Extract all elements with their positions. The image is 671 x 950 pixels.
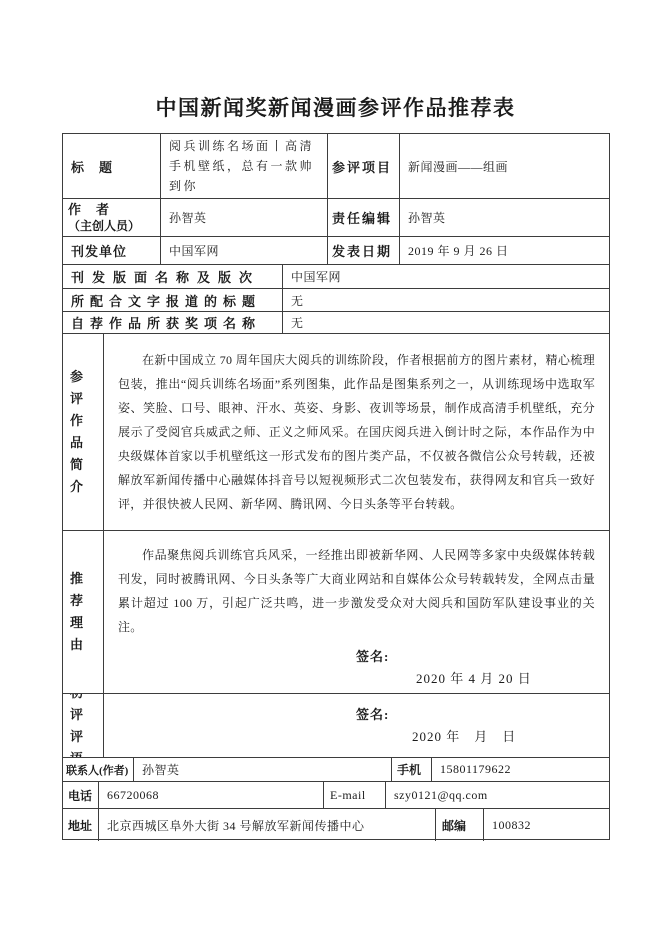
table-row-page-name: 刊发版面名称及版次 中国军网 bbox=[63, 265, 609, 289]
table-row-initial-review: 初评 评语 签名: 2020 年 月 日 bbox=[63, 694, 609, 758]
postcode-label: 邮编 bbox=[436, 809, 484, 841]
phone-value: 66720068 bbox=[99, 782, 324, 808]
contact-value: 孙智英 bbox=[134, 758, 392, 781]
table-row-publisher: 刊发单位 中国军网 发表日期 2019 年 9 月 26 日 bbox=[63, 237, 609, 265]
initial-review-sign-label: 签名: bbox=[356, 704, 609, 723]
entry-category-value: 新闻漫画——组画 bbox=[400, 134, 609, 198]
publish-date-value: 2019 年 9 月 26 日 bbox=[400, 237, 609, 264]
intro-text-cell: 在新中国成立 70 周年国庆大阅兵的训练阶段，作者根据前方的图片素材，精心梳理包… bbox=[104, 334, 609, 530]
table-row-phone: 电话 66720068 E-mail szy0121@qq.com bbox=[63, 782, 609, 809]
title-label: 标 题 bbox=[63, 134, 161, 198]
page-name-value: 中国军网 bbox=[283, 265, 609, 288]
initial-review-cell: 签名: 2020 年 月 日 bbox=[104, 694, 609, 757]
page-name-label: 刊发版面名称及版次 bbox=[63, 265, 283, 288]
contact-label: 联系人(作者) bbox=[63, 758, 134, 781]
entry-category-label: 参评项目 bbox=[328, 134, 400, 198]
address-label: 地址 bbox=[63, 809, 99, 841]
table-row-intro: 参评 作品 简介 在新中国成立 70 周年国庆大阅兵的训练阶段，作者根据前方的图… bbox=[63, 334, 609, 531]
publish-date-label: 发表日期 bbox=[328, 237, 400, 264]
recommendation-label-line2: 理由 bbox=[70, 612, 95, 656]
email-value: szy0121@qq.com bbox=[386, 782, 609, 808]
initial-review-label-line1: 初评 bbox=[70, 694, 95, 726]
phone-label: 电话 bbox=[63, 782, 99, 808]
email-label: E-mail bbox=[324, 782, 386, 808]
table-row-recommendation: 推荐 理由 作品聚焦阅兵训练官兵风采，一经推出即被新华网、人民网等多家中央级媒体… bbox=[63, 531, 609, 694]
table-row-contact: 联系人(作者) 孙智英 手机 15801179622 bbox=[63, 758, 609, 782]
author-label-line1: 作 者 bbox=[68, 201, 110, 218]
mobile-value: 15801179622 bbox=[432, 758, 609, 781]
recommendation-text-cell: 作品聚焦阅兵训练官兵风采，一经推出即被新华网、人民网等多家中央级媒体转载刊发，同… bbox=[104, 531, 609, 693]
table-row-address: 地址 北京西城区阜外大街 34 号解放军新闻传播中心 邮编 100832 bbox=[63, 809, 609, 841]
address-value: 北京西城区阜外大街 34 号解放军新闻传播中心 bbox=[99, 809, 436, 841]
initial-review-label-line2: 评语 bbox=[70, 726, 95, 758]
publisher-value: 中国军网 bbox=[161, 237, 328, 264]
editor-value: 孙智英 bbox=[400, 199, 609, 236]
table-row-author: 作 者 （主创人员） 孙智英 责任编辑 孙智英 bbox=[63, 199, 609, 237]
publisher-label: 刊发单位 bbox=[63, 237, 161, 264]
accompanying-title-label: 所配合文字报道的标题 bbox=[63, 289, 283, 311]
recommendation-label-line1: 推荐 bbox=[70, 568, 95, 612]
recommendation-section-label: 推荐 理由 bbox=[63, 531, 104, 693]
intro-paragraph: 在新中国成立 70 周年国庆大阅兵的训练阶段，作者根据前方的图片素材，精心梳理包… bbox=[104, 334, 609, 516]
initial-review-sign-date: 2020 年 月 日 bbox=[412, 726, 609, 745]
recommendation-form-table: 标 题 阅兵训练名场面丨高清手机壁纸，总有一款帅到你 参评项目 新闻漫画——组画… bbox=[62, 133, 610, 840]
recommendation-paragraph: 作品聚焦阅兵训练官兵风采，一经推出即被新华网、人民网等多家中央级媒体转载刊发，同… bbox=[104, 531, 609, 639]
recommendation-sign-date: 2020 年 4 月 20 日 bbox=[416, 668, 609, 687]
intro-label-line3: 简介 bbox=[70, 454, 95, 498]
intro-label-line1: 参评 bbox=[70, 366, 95, 410]
intro-label-line2: 作品 bbox=[70, 410, 95, 454]
editor-label: 责任编辑 bbox=[328, 199, 400, 236]
intro-section-label: 参评 作品 简介 bbox=[63, 334, 104, 530]
initial-review-section-label: 初评 评语 bbox=[63, 694, 104, 757]
title-value: 阅兵训练名场面丨高清手机壁纸，总有一款帅到你 bbox=[161, 134, 328, 198]
document-page: 中国新闻奖新闻漫画参评作品推荐表 标 题 阅兵训练名场面丨高清手机壁纸，总有一款… bbox=[0, 0, 671, 950]
accompanying-title-value: 无 bbox=[283, 289, 609, 311]
table-row-self-award: 自荐作品所获奖项名称 无 bbox=[63, 312, 609, 334]
postcode-value: 100832 bbox=[484, 809, 609, 841]
self-award-label: 自荐作品所获奖项名称 bbox=[63, 312, 283, 333]
self-award-value: 无 bbox=[283, 312, 609, 333]
table-row-title: 标 题 阅兵训练名场面丨高清手机壁纸，总有一款帅到你 参评项目 新闻漫画——组画 bbox=[63, 134, 609, 199]
author-label: 作 者 （主创人员） bbox=[63, 199, 161, 236]
author-label-line2: （主创人员） bbox=[68, 218, 140, 235]
mobile-label: 手机 bbox=[392, 758, 432, 781]
table-row-accompanying-title: 所配合文字报道的标题 无 bbox=[63, 289, 609, 312]
page-title: 中国新闻奖新闻漫画参评作品推荐表 bbox=[0, 92, 671, 122]
recommendation-sign-label: 签名: bbox=[356, 646, 609, 665]
author-value: 孙智英 bbox=[161, 199, 328, 236]
